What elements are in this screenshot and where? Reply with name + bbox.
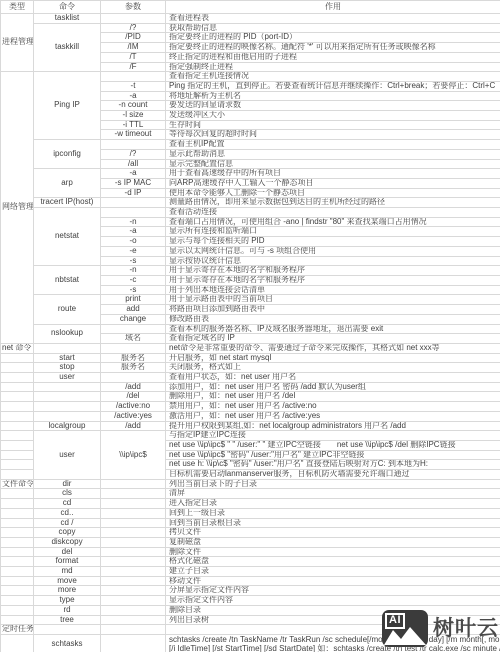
desc-cell: net use \\ip\ipc$ "密码" /user:"用户名" 建立IPC… <box>166 450 500 460</box>
cmd-cell <box>34 411 101 421</box>
desc-cell: 测量路由情况，即用来显示数据包到达目的主机所经过的路径 <box>166 198 500 208</box>
cmd-cell: user <box>34 431 101 480</box>
type-cell <box>1 373 34 383</box>
param-cell: add <box>101 305 166 315</box>
table-row: format格式化磁盘 <box>1 557 500 567</box>
desc-cell: 列出当前目录下的子目录 <box>166 479 500 489</box>
desc-cell: 使用本命令能够人工删除一个静态项目 <box>166 188 500 198</box>
table-row: user\\ip\ipc$与指定IP建立IPC连接 <box>1 431 500 441</box>
table-row: 文件命令dir列出当前目录下的子目录 <box>1 479 500 489</box>
desc-cell: 显示完整配置信息 <box>166 159 500 169</box>
param-cell: 服务名 <box>101 353 166 363</box>
table-row: move移动文件 <box>1 576 500 586</box>
desc-cell: 查看端口占用情况，可使用组合 -ano | findstr "80" 来查找某端… <box>166 217 500 227</box>
param-cell <box>101 198 166 208</box>
table-row: more分屏显示指定文件内容 <box>1 586 500 596</box>
param-cell: /active:yes <box>101 411 166 421</box>
param-cell: 域名 <box>101 334 166 344</box>
desc-cell: 查看进程表 <box>166 14 500 24</box>
desc-cell: 查看指定域名的 IP <box>166 334 500 344</box>
header-row: 类型 命令 参数 作用 <box>1 1 500 14</box>
mountain-icon <box>384 626 426 645</box>
param-cell <box>101 586 166 596</box>
table-row: start服务名开启服务，如 net start mysql <box>1 353 500 363</box>
cmd-cell: route <box>34 295 101 324</box>
param-cell: /active:no <box>101 402 166 412</box>
param-cell: /? <box>101 23 166 33</box>
table-row: /del删除用户，如：net user 用户名 /del <box>1 392 500 402</box>
table-row: stop服务名关闭服务，格式如上 <box>1 363 500 373</box>
desc-cell: 添加用户，如：net user 用户名 密码 /add 默认为user组 <box>166 382 500 392</box>
desc-cell: 显示与每个连接相关的 PID <box>166 237 500 247</box>
param-cell <box>101 528 166 538</box>
cmd-cell: dir <box>34 479 101 489</box>
cmd-cell <box>34 402 101 412</box>
desc-cell: 开启服务，如 net start mysql <box>166 353 500 363</box>
desc-cell: 移动文件 <box>166 576 500 586</box>
type-cell <box>1 576 34 586</box>
desc-cell: 提升用户权限到某组,如：net localgroup administrator… <box>166 421 500 431</box>
param-cell <box>101 324 166 334</box>
table-row: 进程管理tasklist查看进程表 <box>1 14 500 24</box>
desc-cell: 分屏显示指定文件内容 <box>166 586 500 596</box>
desc-cell: 查看主机IP配置 <box>166 140 500 150</box>
cmd-cell: arp <box>34 169 101 198</box>
cmd-cell: ipconfig <box>34 140 101 169</box>
cmd-cell: more <box>34 586 101 596</box>
param-cell: /all <box>101 159 166 169</box>
table-row: tracert IP(host)测量路由情况，即用来显示数据包到达目的主机所经过… <box>1 198 500 208</box>
param-cell: \\ip\ipc$ <box>101 431 166 480</box>
desc-cell: 查看用户状态，如：net user 用户名 <box>166 373 500 383</box>
desc-cell: 格式化磁盘 <box>166 557 500 567</box>
param-cell <box>101 14 166 24</box>
table-row: net 命令net命令是非常重要的命令、需要通过子命令来完成操作，其格式如 ne… <box>1 343 500 353</box>
cmd-cell: user <box>34 373 101 383</box>
table-row: cd进入指定目录 <box>1 499 500 509</box>
table-row: cd /回到当前目录根目录 <box>1 518 500 528</box>
param-cell <box>101 208 166 218</box>
param-cell: -i TTL <box>101 120 166 130</box>
table-row: localgroup/add提升用户权限到某组,如：net localgroup… <box>1 421 500 431</box>
table-row: diskcopy复制磁盘 <box>1 537 500 547</box>
param-cell: -a <box>101 227 166 237</box>
type-cell <box>1 470 34 480</box>
param-cell: -d IP <box>101 188 166 198</box>
param-cell <box>101 140 166 150</box>
table-row: netstat查看活动连接 <box>1 208 500 218</box>
param-cell <box>101 518 166 528</box>
param-cell: /? <box>101 149 166 159</box>
param-cell: 服务名 <box>101 363 166 373</box>
watermark-logo: AI <box>382 610 428 647</box>
desc-cell: 删除文件 <box>166 547 500 557</box>
type-cell <box>1 528 34 538</box>
desc-cell: 复制磁盘 <box>166 537 500 547</box>
type-cell: net 命令 <box>1 343 34 353</box>
desc-cell: 用于查看高速缓存中的所有项目 <box>166 169 500 179</box>
param-cell <box>101 625 166 635</box>
type-cell: 网络管理 <box>1 72 34 344</box>
desc-cell: 与指定IP建立IPC连接 <box>166 431 500 441</box>
param-cell: -s <box>101 256 166 266</box>
cmd-cell: tree <box>34 615 101 625</box>
param-cell <box>101 508 166 518</box>
desc-cell: 获取帮助信息 <box>166 23 500 33</box>
type-cell <box>1 489 34 499</box>
watermark-brand-text: 树叶云 <box>433 618 499 639</box>
desc-cell: 关闭服务，格式如上 <box>166 363 500 373</box>
param-cell: /PID <box>101 33 166 43</box>
desc-cell: Ping 指定的主机，直到停止。若要查看统计信息并继续操作：Ctrl+break… <box>166 81 500 91</box>
param-cell <box>101 635 166 652</box>
desc-cell: 指定要终止的进程的 PID（port-ID） <box>166 33 500 43</box>
table-row: type显示指定文件内容 <box>1 596 500 606</box>
desc-cell: 将地址解析为主机名 <box>166 91 500 101</box>
cmd-cell: cd / <box>34 518 101 528</box>
param-cell: -e <box>101 246 166 256</box>
type-cell <box>1 547 34 557</box>
param-cell <box>101 567 166 577</box>
cmd-cell <box>34 382 101 392</box>
cmd-cell: netstat <box>34 208 101 266</box>
cmd-cell <box>34 392 101 402</box>
param-cell <box>101 489 166 499</box>
param-cell: /del <box>101 392 166 402</box>
table-row: user查看用户状态，如：net user 用户名 <box>1 373 500 383</box>
cmd-cell: cls <box>34 489 101 499</box>
desc-cell: 回到当前目录根目录 <box>166 518 500 528</box>
desc-cell: 用于显示寄存在本地的名字和服务程序 <box>166 266 500 276</box>
desc-cell: 禁用用户，如：net user 用户名 /active:no <box>166 402 500 412</box>
type-cell <box>1 392 34 402</box>
param-cell: -s <box>101 285 166 295</box>
table-row: ipconfig查看主机IP配置 <box>1 140 500 150</box>
param-cell <box>101 596 166 606</box>
desc-cell: net命令是非常重要的命令、需要通过子命令来完成操作，其格式如 net xxx等 <box>166 343 500 353</box>
desc-cell: 显示所有连接和监听端口 <box>166 227 500 237</box>
desc-cell: 回到上一级目录 <box>166 508 500 518</box>
desc-cell: 用于显示路由表中的当前项目 <box>166 295 500 305</box>
cmd-cell: localgroup <box>34 421 101 431</box>
cmd-cell: diskcopy <box>34 537 101 547</box>
table-row: del删除文件 <box>1 547 500 557</box>
param-cell: /F <box>101 62 166 72</box>
desc-cell: 终止指定的进程和由他启用的子进程 <box>166 52 500 62</box>
desc-cell: 显示以太网统计信息。可与 -s 项组合使用 <box>166 246 500 256</box>
cmd-cell: cd <box>34 499 101 509</box>
param-cell: -w timeout <box>101 130 166 140</box>
param-cell: /T <box>101 52 166 62</box>
param-cell <box>101 557 166 567</box>
table-row: /active:yes激活用户，如：net user 用户名 /active:y… <box>1 411 500 421</box>
cmd-cell: del <box>34 547 101 557</box>
watermark: AI 树叶云 <box>382 610 499 647</box>
table-row: taskkill/?获取帮助信息 <box>1 23 500 33</box>
param-cell: /add <box>101 382 166 392</box>
desc-cell: 激活用户，如：net user 用户名 /active:yes <box>166 411 500 421</box>
type-cell <box>1 605 34 615</box>
type-cell <box>1 363 34 373</box>
table-row: cls清屏 <box>1 489 500 499</box>
cmd-cell: format <box>34 557 101 567</box>
param-cell: -n <box>101 217 166 227</box>
desc-cell: 查看本机的服务器名称、IP及域名服务器地址，退出需要 exit <box>166 324 500 334</box>
command-table: 类型 命令 参数 作用 进程管理tasklist查看进程表taskkill/?获… <box>0 0 500 652</box>
cmd-cell <box>34 343 101 353</box>
type-cell <box>1 411 34 421</box>
type-cell <box>1 431 34 441</box>
table-row: /active:no禁用用户，如：net user 用户名 /active:no <box>1 402 500 412</box>
desc-cell: 修改路由表 <box>166 314 500 324</box>
type-cell: 文件命令 <box>1 479 34 489</box>
type-cell <box>1 499 34 509</box>
desc-cell: 查看活动连接 <box>166 208 500 218</box>
table-row: routeprint用于显示路由表中的当前项目 <box>1 295 500 305</box>
desc-cell: 拷贝文件 <box>166 528 500 538</box>
desc-cell: 显示此帮助消息 <box>166 149 500 159</box>
type-cell <box>1 596 34 606</box>
desc-cell: 将路由项目添加到路由表中 <box>166 305 500 315</box>
desc-cell: 指定要终止的进程的映像名称。通配符 '*' 可以用来指定所有任务或映像名称 <box>166 43 500 53</box>
param-cell <box>101 499 166 509</box>
command-table-sheet: 类型 命令 参数 作用 进程管理tasklist查看进程表taskkill/?获… <box>0 0 500 652</box>
type-cell <box>1 586 34 596</box>
cmd-cell: nslookup <box>34 324 101 343</box>
param-cell <box>101 72 166 82</box>
table-row: nbtstat-n用于显示寄存在本地的名字和服务程序 <box>1 266 500 276</box>
type-cell <box>1 615 34 625</box>
param-cell: -n count <box>101 101 166 111</box>
cmd-cell: md <box>34 567 101 577</box>
cmd-cell: nbtstat <box>34 266 101 295</box>
desc-cell: 指定强制终止进程 <box>166 62 500 72</box>
cmd-cell: cd.. <box>34 508 101 518</box>
cmd-cell: tasklist <box>34 14 101 24</box>
param-cell: /IM <box>101 43 166 53</box>
param-cell <box>101 479 166 489</box>
param-cell: -o <box>101 237 166 247</box>
table-row: md建立子目录 <box>1 567 500 577</box>
param-cell: print <box>101 295 166 305</box>
cmd-cell: tracert IP(host) <box>34 198 101 208</box>
cmd-cell: start <box>34 353 101 363</box>
table-row: copy拷贝文件 <box>1 528 500 538</box>
param-cell: -s IP MAC <box>101 178 166 188</box>
desc-cell: net use h: \\ip\c$ "密码" /user:"用户名" 直接登陆… <box>166 460 500 470</box>
desc-cell: 发送缓冲区大小 <box>166 111 500 121</box>
type-cell: 进程管理 <box>1 14 34 72</box>
type-cell <box>1 460 34 470</box>
desc-cell: 查看指定主机连接情况 <box>166 72 500 82</box>
table-row: /add添加用户，如：net user 用户名 密码 /add 默认为user组 <box>1 382 500 392</box>
type-cell <box>1 382 34 392</box>
cmd-cell: copy <box>34 528 101 538</box>
type-cell <box>1 421 34 431</box>
cmd-cell <box>34 625 101 635</box>
param-cell <box>101 547 166 557</box>
param-cell <box>101 605 166 615</box>
param-cell <box>101 343 166 353</box>
header-action: 作用 <box>166 1 500 14</box>
cmd-cell: schtasks <box>34 635 101 652</box>
param-cell <box>101 373 166 383</box>
desc-cell: 要发送的回显请求数 <box>166 101 500 111</box>
desc-cell: 向ARP高速缓存中人工输入一个静态项目 <box>166 178 500 188</box>
param-cell: -a <box>101 91 166 101</box>
type-cell <box>1 353 34 363</box>
type-cell <box>1 518 34 528</box>
param-cell: change <box>101 314 166 324</box>
desc-cell: 显示按协议统计信息 <box>166 256 500 266</box>
type-cell <box>1 635 34 652</box>
cmd-cell: stop <box>34 363 101 373</box>
param-cell <box>101 576 166 586</box>
param-cell: -n <box>101 266 166 276</box>
table-body: 进程管理tasklist查看进程表taskkill/?获取帮助信息/PID指定要… <box>1 14 500 652</box>
table-header: 类型 命令 参数 作用 <box>1 1 500 14</box>
desc-cell: 显示指定文件内容 <box>166 596 500 606</box>
desc-cell: 进入指定目录 <box>166 499 500 509</box>
type-cell <box>1 402 34 412</box>
cmd-cell: Ping IP <box>34 72 101 140</box>
desc-cell: 删除用户，如：net user 用户名 /del <box>166 392 500 402</box>
desc-cell: 用于列出本地连接会话清单 <box>166 285 500 295</box>
param-cell: -l size <box>101 111 166 121</box>
table-row: arp-a用于查看高速缓存中的所有项目 <box>1 169 500 179</box>
param-cell: -a <box>101 169 166 179</box>
desc-cell: 目标机需要启动lanmanserver服务，目标机防火墙需要允许端口通过 <box>166 470 500 480</box>
desc-cell: 建立子目录 <box>166 567 500 577</box>
cmd-cell: move <box>34 576 101 586</box>
desc-cell: 等待每次回复的超时时间 <box>166 130 500 140</box>
desc-cell: net use \\ip\ipc$ " " /user:" " 建立IPC空链接… <box>166 440 500 450</box>
cmd-cell: rd <box>34 605 101 615</box>
type-cell <box>1 537 34 547</box>
param-cell <box>101 537 166 547</box>
type-cell <box>1 440 34 450</box>
table-row: 网络管理Ping IP查看指定主机连接情况 <box>1 72 500 82</box>
param-cell <box>101 615 166 625</box>
type-cell: 定时任务 <box>1 625 34 635</box>
table-row: cd..回到上一级目录 <box>1 508 500 518</box>
param-cell: -c <box>101 275 166 285</box>
type-cell <box>1 557 34 567</box>
header-param: 参数 <box>101 1 166 14</box>
header-type: 类型 <box>1 1 34 14</box>
cmd-cell: type <box>34 596 101 606</box>
header-command: 命令 <box>34 1 101 14</box>
type-cell <box>1 508 34 518</box>
type-cell <box>1 450 34 460</box>
type-cell <box>1 567 34 577</box>
param-cell: -t <box>101 81 166 91</box>
desc-cell: 清屏 <box>166 489 500 499</box>
cmd-cell: taskkill <box>34 23 101 72</box>
table-row: nslookup查看本机的服务器名称、IP及域名服务器地址，退出需要 exit <box>1 324 500 334</box>
param-cell: /add <box>101 421 166 431</box>
desc-cell: 用于显示寄存在本地的名字和服务程序 <box>166 275 500 285</box>
desc-cell: 生存时间 <box>166 120 500 130</box>
